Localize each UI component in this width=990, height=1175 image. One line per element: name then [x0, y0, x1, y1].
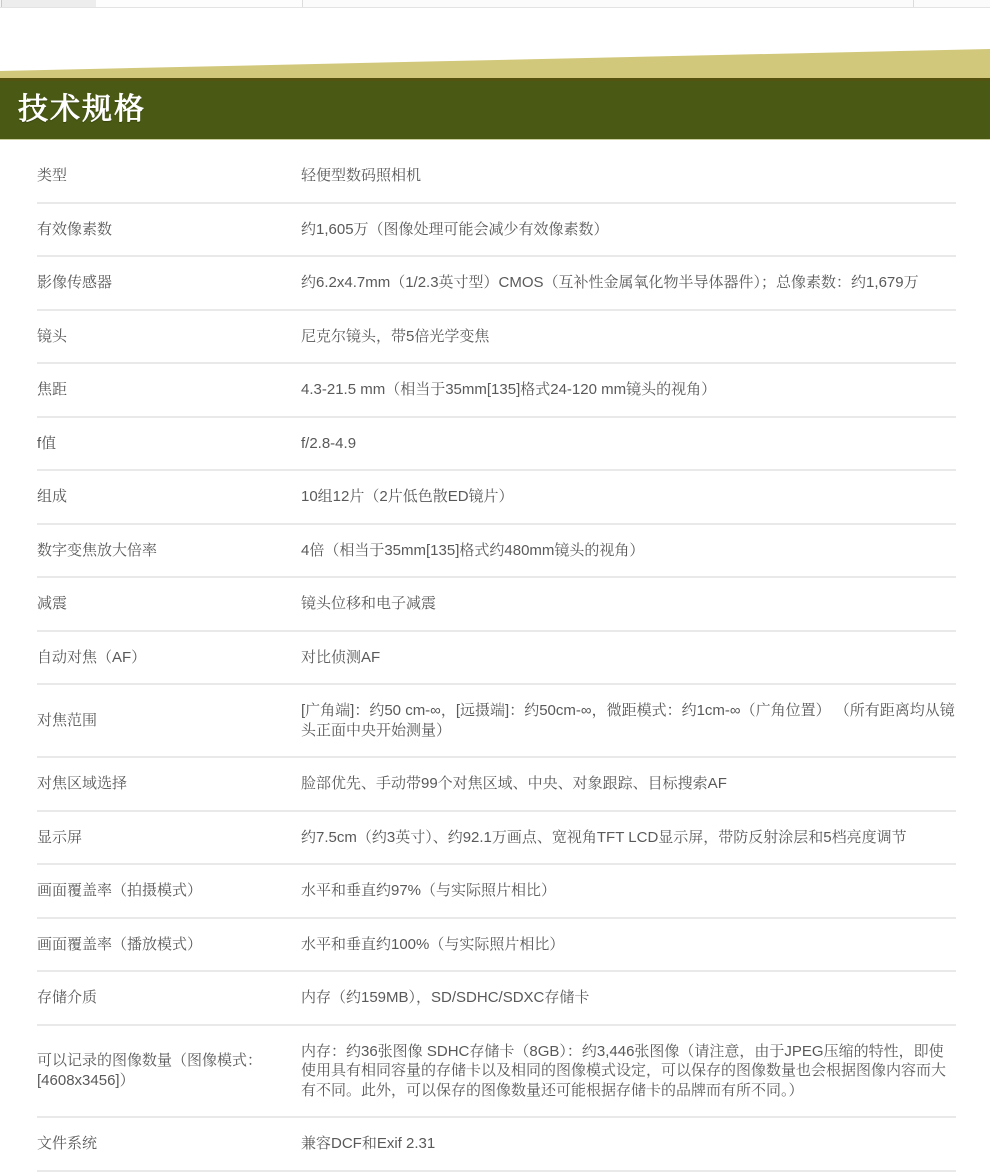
table-row: 组成 10组12片（2片低色散ED镜片）: [37, 471, 956, 525]
spec-label: 显示屏: [37, 828, 301, 848]
spec-value: 轻便型数码照相机: [301, 166, 956, 186]
spec-label: 镜头: [37, 327, 301, 347]
spec-label: 数字变焦放大倍率: [37, 541, 301, 561]
spec-label: 影像传感器: [37, 273, 301, 293]
page-title: 技术规格: [0, 81, 990, 128]
table-row: 对焦范围 [广角端]：约50 cm-∞，[远摄端]：约50cm-∞，微距模式：约…: [37, 685, 956, 758]
table-row: 焦距 4.3-21.5 mm（相当于35mm[135]格式24-120 mm镜头…: [37, 364, 956, 418]
spec-label: 焦距: [37, 380, 301, 400]
spec-value: 约7.5cm（约3英寸）、约92.1万画点、宽视角TFT LCD显示屏，带防反射…: [301, 828, 956, 848]
spec-table: 类型 轻便型数码照相机 有效像素数 约1,605万（图像处理可能会减少有效像素数…: [37, 150, 956, 1172]
spec-value: 4倍（相当于35mm[135]格式约480mm镜头的视角）: [301, 541, 956, 561]
spec-label: 画面覆盖率（拍摄模式）: [37, 881, 301, 901]
spec-value: 约1,605万（图像处理可能会减少有效像素数）: [301, 220, 956, 240]
spec-label: f值: [37, 434, 301, 454]
table-row: 显示屏 约7.5cm（约3英寸）、约92.1万画点、宽视角TFT LCD显示屏，…: [37, 812, 956, 866]
section-header: 技术规格: [0, 0, 990, 140]
table-row: 画面覆盖率（拍摄模式） 水平和垂直约97%（与实际照片相比）: [37, 865, 956, 919]
spec-value: 内存：约36张图像 SDHC存储卡（8GB）：约3,446张图像（请注意，由于J…: [301, 1042, 956, 1101]
table-row: 影像传感器 约6.2x4.7mm（1/2.3英寸型）CMOS（互补性金属氧化物半…: [37, 257, 956, 311]
table-row: 有效像素数 约1,605万（图像处理可能会减少有效像素数）: [37, 204, 956, 258]
spec-label: 减震: [37, 594, 301, 614]
spec-value: 脸部优先、手动带99个对焦区域、中央、对象跟踪、目标搜索AF: [301, 774, 956, 794]
table-row: f值 f/2.8-4.9: [37, 418, 956, 472]
table-row: 存储介质 内存（约159MB），SD/SDHC/SDXC存储卡: [37, 972, 956, 1026]
table-row: 可以记录的图像数量（图像模式：[4608x3456]） 内存：约36张图像 SD…: [37, 1026, 956, 1119]
spec-value: [广角端]：约50 cm-∞，[远摄端]：约50cm-∞，微距模式：约1cm-∞…: [301, 701, 956, 740]
spec-value: 约6.2x4.7mm（1/2.3英寸型）CMOS（互补性金属氧化物半导体器件）；…: [301, 273, 956, 293]
spec-value: 兼容DCF和Exif 2.31: [301, 1134, 956, 1154]
spec-value: 对比侦测AF: [301, 648, 956, 668]
spec-value: 水平和垂直约97%（与实际照片相比）: [301, 881, 956, 901]
spec-label: 存储介质: [37, 988, 301, 1008]
spec-label: 画面覆盖率（播放模式）: [37, 935, 301, 955]
spec-value: 4.3-21.5 mm（相当于35mm[135]格式24-120 mm镜头的视角…: [301, 380, 956, 400]
spec-label: 对焦区域选择: [37, 774, 301, 794]
spec-value: 10组12片（2片低色散ED镜片）: [301, 487, 956, 507]
table-row: 文件系统 兼容DCF和Exif 2.31: [37, 1118, 956, 1172]
table-row: 数字变焦放大倍率 4倍（相当于35mm[135]格式约480mm镜头的视角）: [37, 525, 956, 579]
spec-label: 自动对焦（AF）: [37, 648, 301, 668]
spec-label: 组成: [37, 487, 301, 507]
table-row: 对焦区域选择 脸部优先、手动带99个对焦区域、中央、对象跟踪、目标搜索AF: [37, 758, 956, 812]
spec-label: 可以记录的图像数量（图像模式：[4608x3456]）: [37, 1051, 301, 1090]
section-banner: 技术规格: [0, 78, 990, 140]
spec-value: f/2.8-4.9: [301, 434, 956, 454]
table-row: 减震 镜头位移和电子减震: [37, 578, 956, 632]
angled-ribbon: [0, 0, 990, 78]
spec-value: 水平和垂直约100%（与实际照片相比）: [301, 935, 956, 955]
spec-value: 内存（约159MB），SD/SDHC/SDXC存储卡: [301, 988, 956, 1008]
table-row: 自动对焦（AF） 对比侦测AF: [37, 632, 956, 686]
spec-label: 有效像素数: [37, 220, 301, 240]
table-row: 类型 轻便型数码照相机: [37, 150, 956, 204]
spec-value: 尼克尔镜头，带5倍光学变焦: [301, 327, 956, 347]
spec-label: 文件系统: [37, 1134, 301, 1154]
spec-label: 对焦范围: [37, 711, 301, 731]
spec-label: 类型: [37, 166, 301, 186]
table-row: 画面覆盖率（播放模式） 水平和垂直约100%（与实际照片相比）: [37, 919, 956, 973]
table-row: 镜头 尼克尔镜头，带5倍光学变焦: [37, 311, 956, 365]
spec-value: 镜头位移和电子减震: [301, 594, 956, 614]
